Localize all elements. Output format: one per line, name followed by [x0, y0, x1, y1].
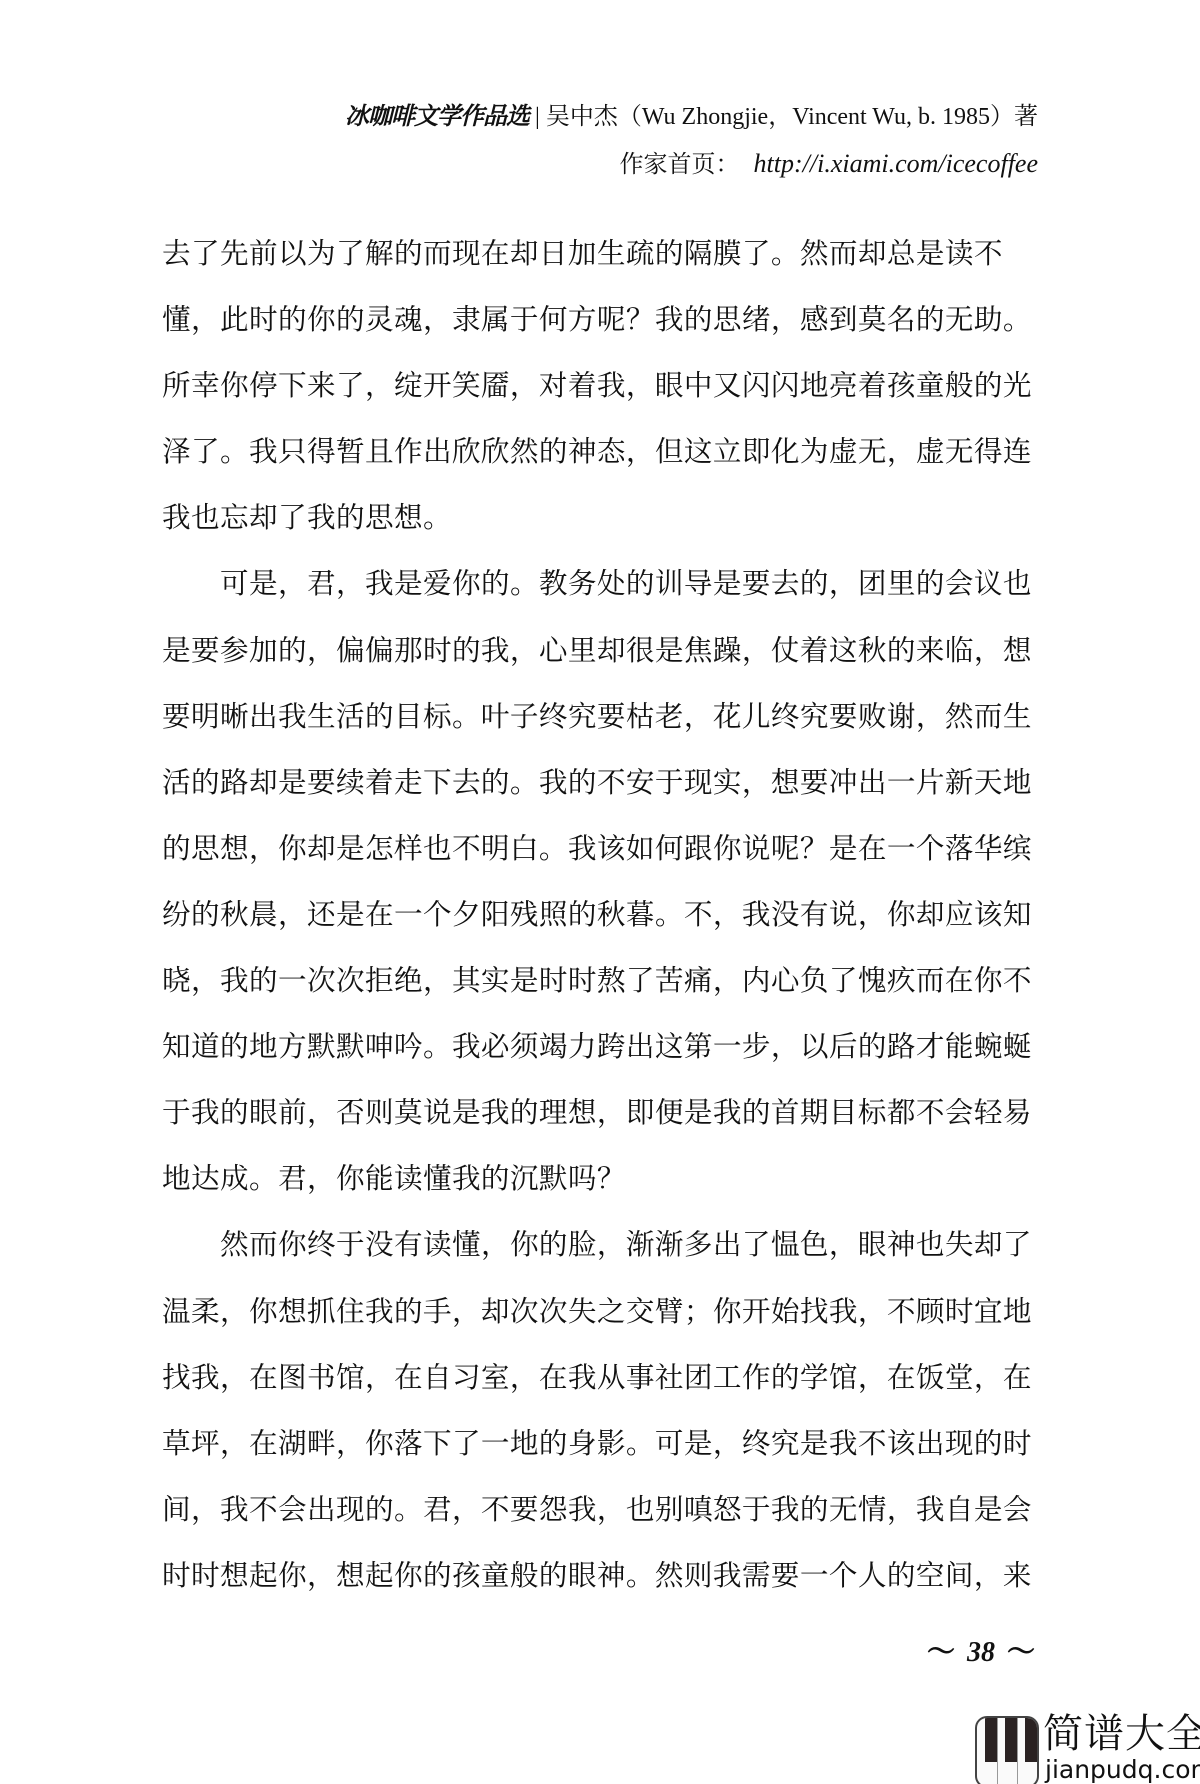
text-line: 去了先前以为了解的而现在却日加生疏的隔膜了。然而却总是读不 — [162, 220, 1038, 286]
text-line: 懂，此时的你的灵魂，隶属于何方呢？我的思绪，感到莫名的无助。 — [162, 286, 1038, 352]
watermark-name: 简谱大全 — [1043, 1712, 1200, 1756]
homepage-url: http://i.xiami.com/icecoffee — [754, 149, 1038, 178]
text-line: 所幸你停下来了，绽开笑靥，对着我，眼中又闪闪地亮着孩童般的光 — [162, 352, 1038, 418]
text-line: 的思想，你却是怎样也不明白。我该如何跟你说呢？是在一个落华缤 — [162, 815, 1038, 881]
homepage-line: 作家首页：http://i.xiami.com/icecoffee — [345, 144, 1038, 185]
text-line: 找我，在图书馆，在自习室，在我从事社团工作的学馆，在饭堂，在 — [162, 1344, 1038, 1410]
text-line: 晓，我的一次次拒绝，其实是时时熬了苦痛，内心负了愧疚而在你不 — [162, 947, 1038, 1013]
header-separator: | — [529, 104, 546, 130]
text-line: 温柔，你想抓住我的手，却次次失之交臂；你开始找我，不顾时宜地 — [162, 1278, 1038, 1344]
author-credit: 吴中杰（Wu Zhongjie，Vincent Wu, b. 1985）著 — [546, 104, 1038, 130]
header-title-line: 冰咖啡文学作品选|吴中杰（Wu Zhongjie，Vincent Wu, b. … — [345, 98, 1038, 136]
homepage-label: 作家首页： — [620, 152, 740, 178]
watermark-domain: jianpudq.com — [1045, 1756, 1200, 1784]
text-line: 间，我不会出现的。君，不要怨我，也别嗔怒于我的无情，我自是会 — [162, 1476, 1038, 1542]
text-line: 草坪，在湖畔，你落下了一地的身影。可是，终究是我不该出现的时 — [162, 1410, 1038, 1476]
text-line: 可是，君，我是爱你的。教务处的训导是要去的，团里的会议也 — [162, 550, 1038, 616]
piano-keys-icon — [975, 1716, 1039, 1784]
text-line: 于我的眼前，否则莫说是我的理想，即便是我的首期目标都不会轻易 — [162, 1079, 1038, 1145]
text-line: 然而你终于没有读懂，你的脸，渐渐多出了愠色，眼神也失却了 — [162, 1211, 1038, 1277]
text-line: 泽了。我只得暂且作出欣欣然的神态，但这立即化为虚无，虚无得连 — [162, 418, 1038, 484]
page-footer: ～38～ — [915, 1630, 1047, 1670]
text-line: 时时想起你，想起你的孩童般的眼神。然则我需要一个人的空间，来 — [162, 1542, 1038, 1608]
tilde-left: ～ — [915, 1637, 967, 1668]
text-line: 活的路却是要续着走下去的。我的不安于现实，想要冲出一片新天地 — [162, 749, 1038, 815]
text-line: 地达成。君，你能读懂我的沉默吗？ — [162, 1145, 1038, 1211]
tilde-right: ～ — [995, 1637, 1047, 1668]
watermark-logo: 简谱大全 jianpudq.com — [975, 1712, 1200, 1784]
text-line: 要明晰出我生活的目标。叶子终究要枯老，花儿终究要败谢，然而生 — [162, 683, 1038, 749]
series-title: 冰咖啡文学作品选 — [345, 104, 529, 130]
running-header: 冰咖啡文学作品选|吴中杰（Wu Zhongjie，Vincent Wu, b. … — [345, 98, 1038, 185]
text-line: 纷的秋晨，还是在一个夕阳残照的秋暮。不，我没有说，你却应该知 — [162, 881, 1038, 947]
text-line: 知道的地方默默呻吟。我必须竭力跨出这第一步，以后的路才能蜿蜒 — [162, 1013, 1038, 1079]
text-line: 我也忘却了我的思想。 — [162, 484, 1038, 550]
body-text: 去了先前以为了解的而现在却日加生疏的隔膜了。然而却总是读不懂，此时的你的灵魂，隶… — [162, 220, 1038, 1608]
page-number: 38 — [967, 1637, 995, 1668]
text-line: 是要参加的，偏偏那时的我，心里却很是焦躁，仗着这秋的来临，想 — [162, 617, 1038, 683]
